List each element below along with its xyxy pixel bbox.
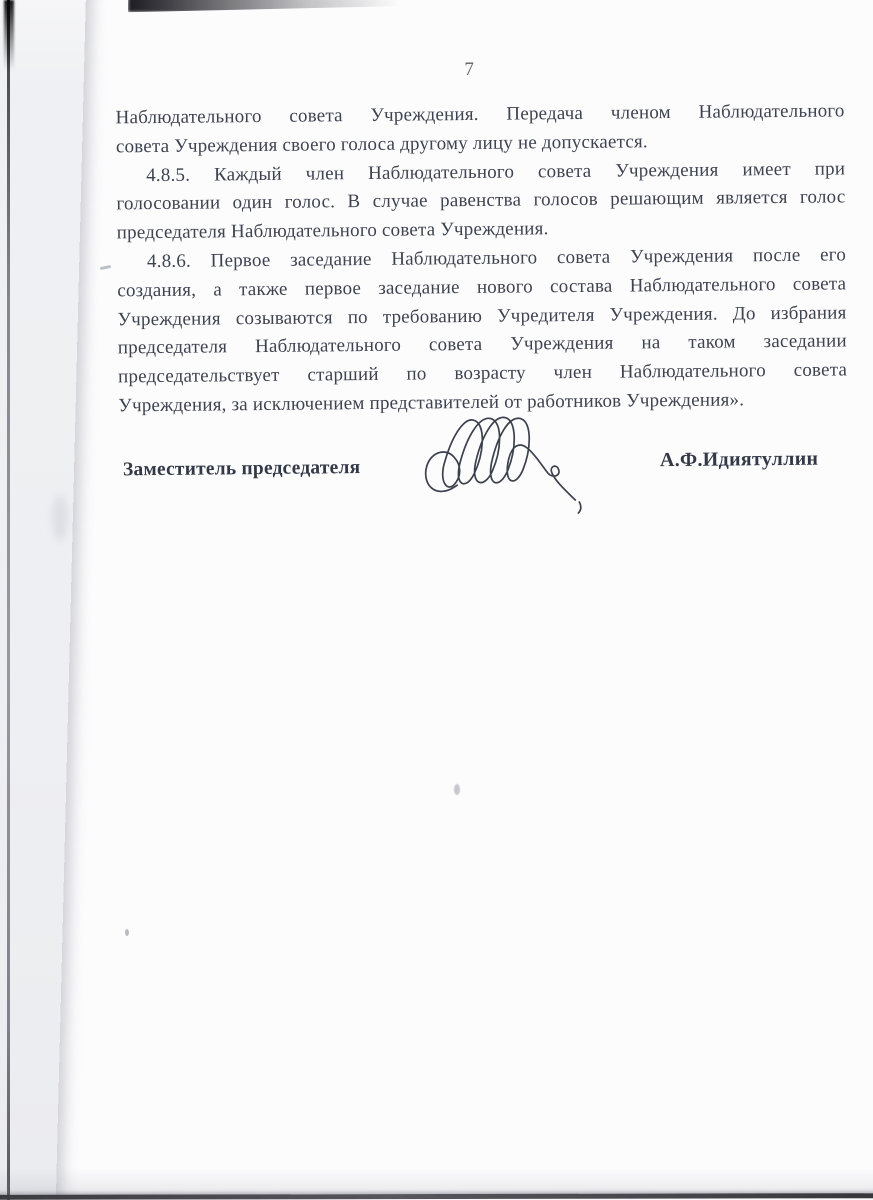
paragraph: 4.8.5. Каждый член Наблюдательного совет… bbox=[116, 155, 846, 248]
handwritten-signature-icon bbox=[409, 401, 606, 529]
paragraph: 4.8.6. Первое заседание Наблюдательного … bbox=[117, 241, 848, 421]
signer-name: А.Ф.Идиятуллин bbox=[660, 448, 819, 473]
page-number: 7 bbox=[454, 59, 484, 81]
document-content: 7 Наблюдательного совета Учреждения. Пер… bbox=[0, 0, 873, 1200]
scan-bottom-shade bbox=[0, 1168, 873, 1194]
paragraph: Наблюдательного совета Учреждения. Перед… bbox=[115, 97, 845, 162]
signer-title: Заместитель председателя bbox=[123, 457, 361, 481]
text-block: Наблюдательного совета Учреждения. Перед… bbox=[115, 97, 847, 421]
